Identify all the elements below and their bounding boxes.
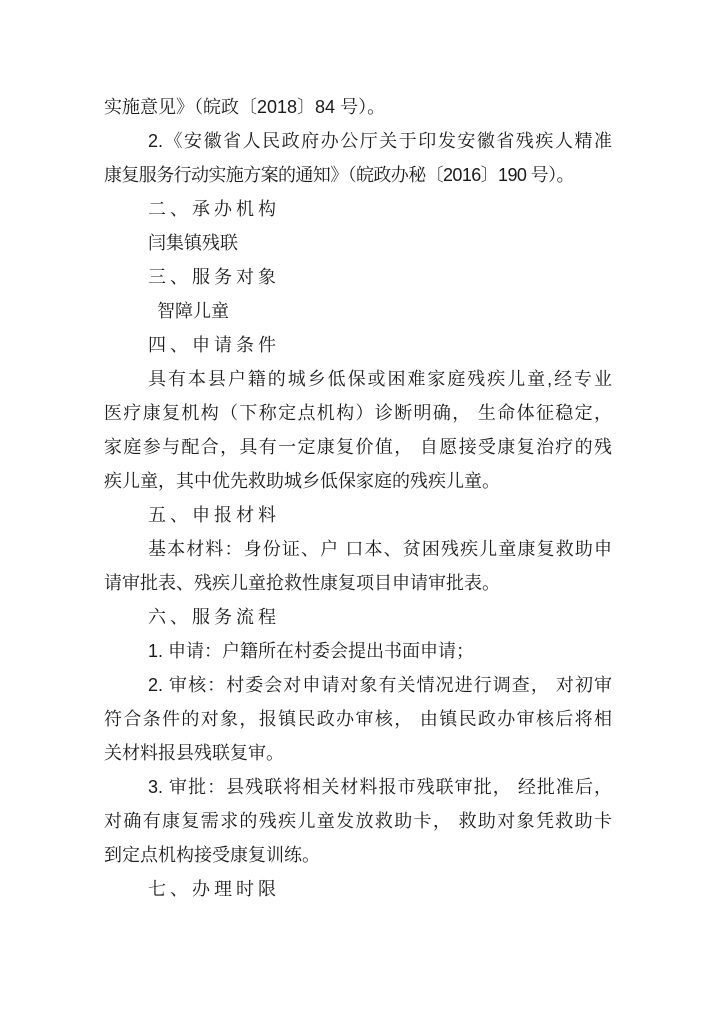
doc-line: 具有本县户籍的城乡低保或困难家庭残疾儿童,经专业 bbox=[104, 362, 612, 396]
doc-line: 对确有康复需求的残疾儿童发放救助卡， 救助对象凭救助卡 bbox=[104, 804, 612, 838]
section-heading: 七、办理时限 bbox=[104, 872, 612, 906]
doc-line: 家庭参与配合，具有一定康复价值， 自愿接受康复治疗的残 bbox=[104, 430, 612, 464]
doc-line: 2. 审核：村委会对申请对象有关情况进行调查， 对初审 bbox=[104, 668, 612, 702]
doc-line: 符合条件的对象，报镇民政办审核， 由镇民政办审核后将相 bbox=[104, 702, 612, 736]
section-heading: 四、申请条件 bbox=[104, 328, 612, 362]
doc-line: 1. 申请：户籍所在村委会提出书面申请； bbox=[104, 634, 612, 668]
doc-line: 疾儿童，其中优先救助城乡低保家庭的残疾儿童。 bbox=[104, 464, 612, 498]
doc-line: 请审批表、残疾儿童抢救性康复项目申请审批表。 bbox=[104, 566, 612, 600]
doc-line: 基本材料：身份证、户 口本、贫困残疾儿童康复救助申 bbox=[104, 532, 612, 566]
doc-line: 3. 审批：县残联将相关材料报市残联审批， 经批准后， bbox=[104, 770, 612, 804]
doc-line: 关材料报县残联复审。 bbox=[104, 736, 612, 770]
document-body: 实施意见》（皖政〔2018〕84 号）。 2.《安徽省人民政府办公厅关于印发安徽… bbox=[104, 90, 612, 906]
doc-line: 智障儿童 bbox=[104, 294, 612, 328]
section-heading: 五、申报材料 bbox=[104, 498, 612, 532]
document-page: 实施意见》（皖政〔2018〕84 号）。 2.《安徽省人民政府办公厅关于印发安徽… bbox=[0, 0, 715, 1011]
doc-line: 闫集镇残联 bbox=[104, 226, 612, 260]
doc-line: 康复服务行动实施方案的通知》（皖政办秘〔2016〕190 号）。 bbox=[104, 158, 612, 192]
section-heading: 三、服务对象 bbox=[104, 260, 612, 294]
doc-line: 医疗康复机构（下称定点机构）诊断明确， 生命体征稳定， bbox=[104, 396, 612, 430]
section-heading: 二、承办机构 bbox=[104, 192, 612, 226]
doc-line: 2.《安徽省人民政府办公厅关于印发安徽省残疾人精准 bbox=[104, 124, 612, 158]
doc-line: 到定点机构接受康复训练。 bbox=[104, 838, 612, 872]
section-heading: 六、服务流程 bbox=[104, 600, 612, 634]
doc-line: 实施意见》（皖政〔2018〕84 号）。 bbox=[104, 90, 612, 124]
